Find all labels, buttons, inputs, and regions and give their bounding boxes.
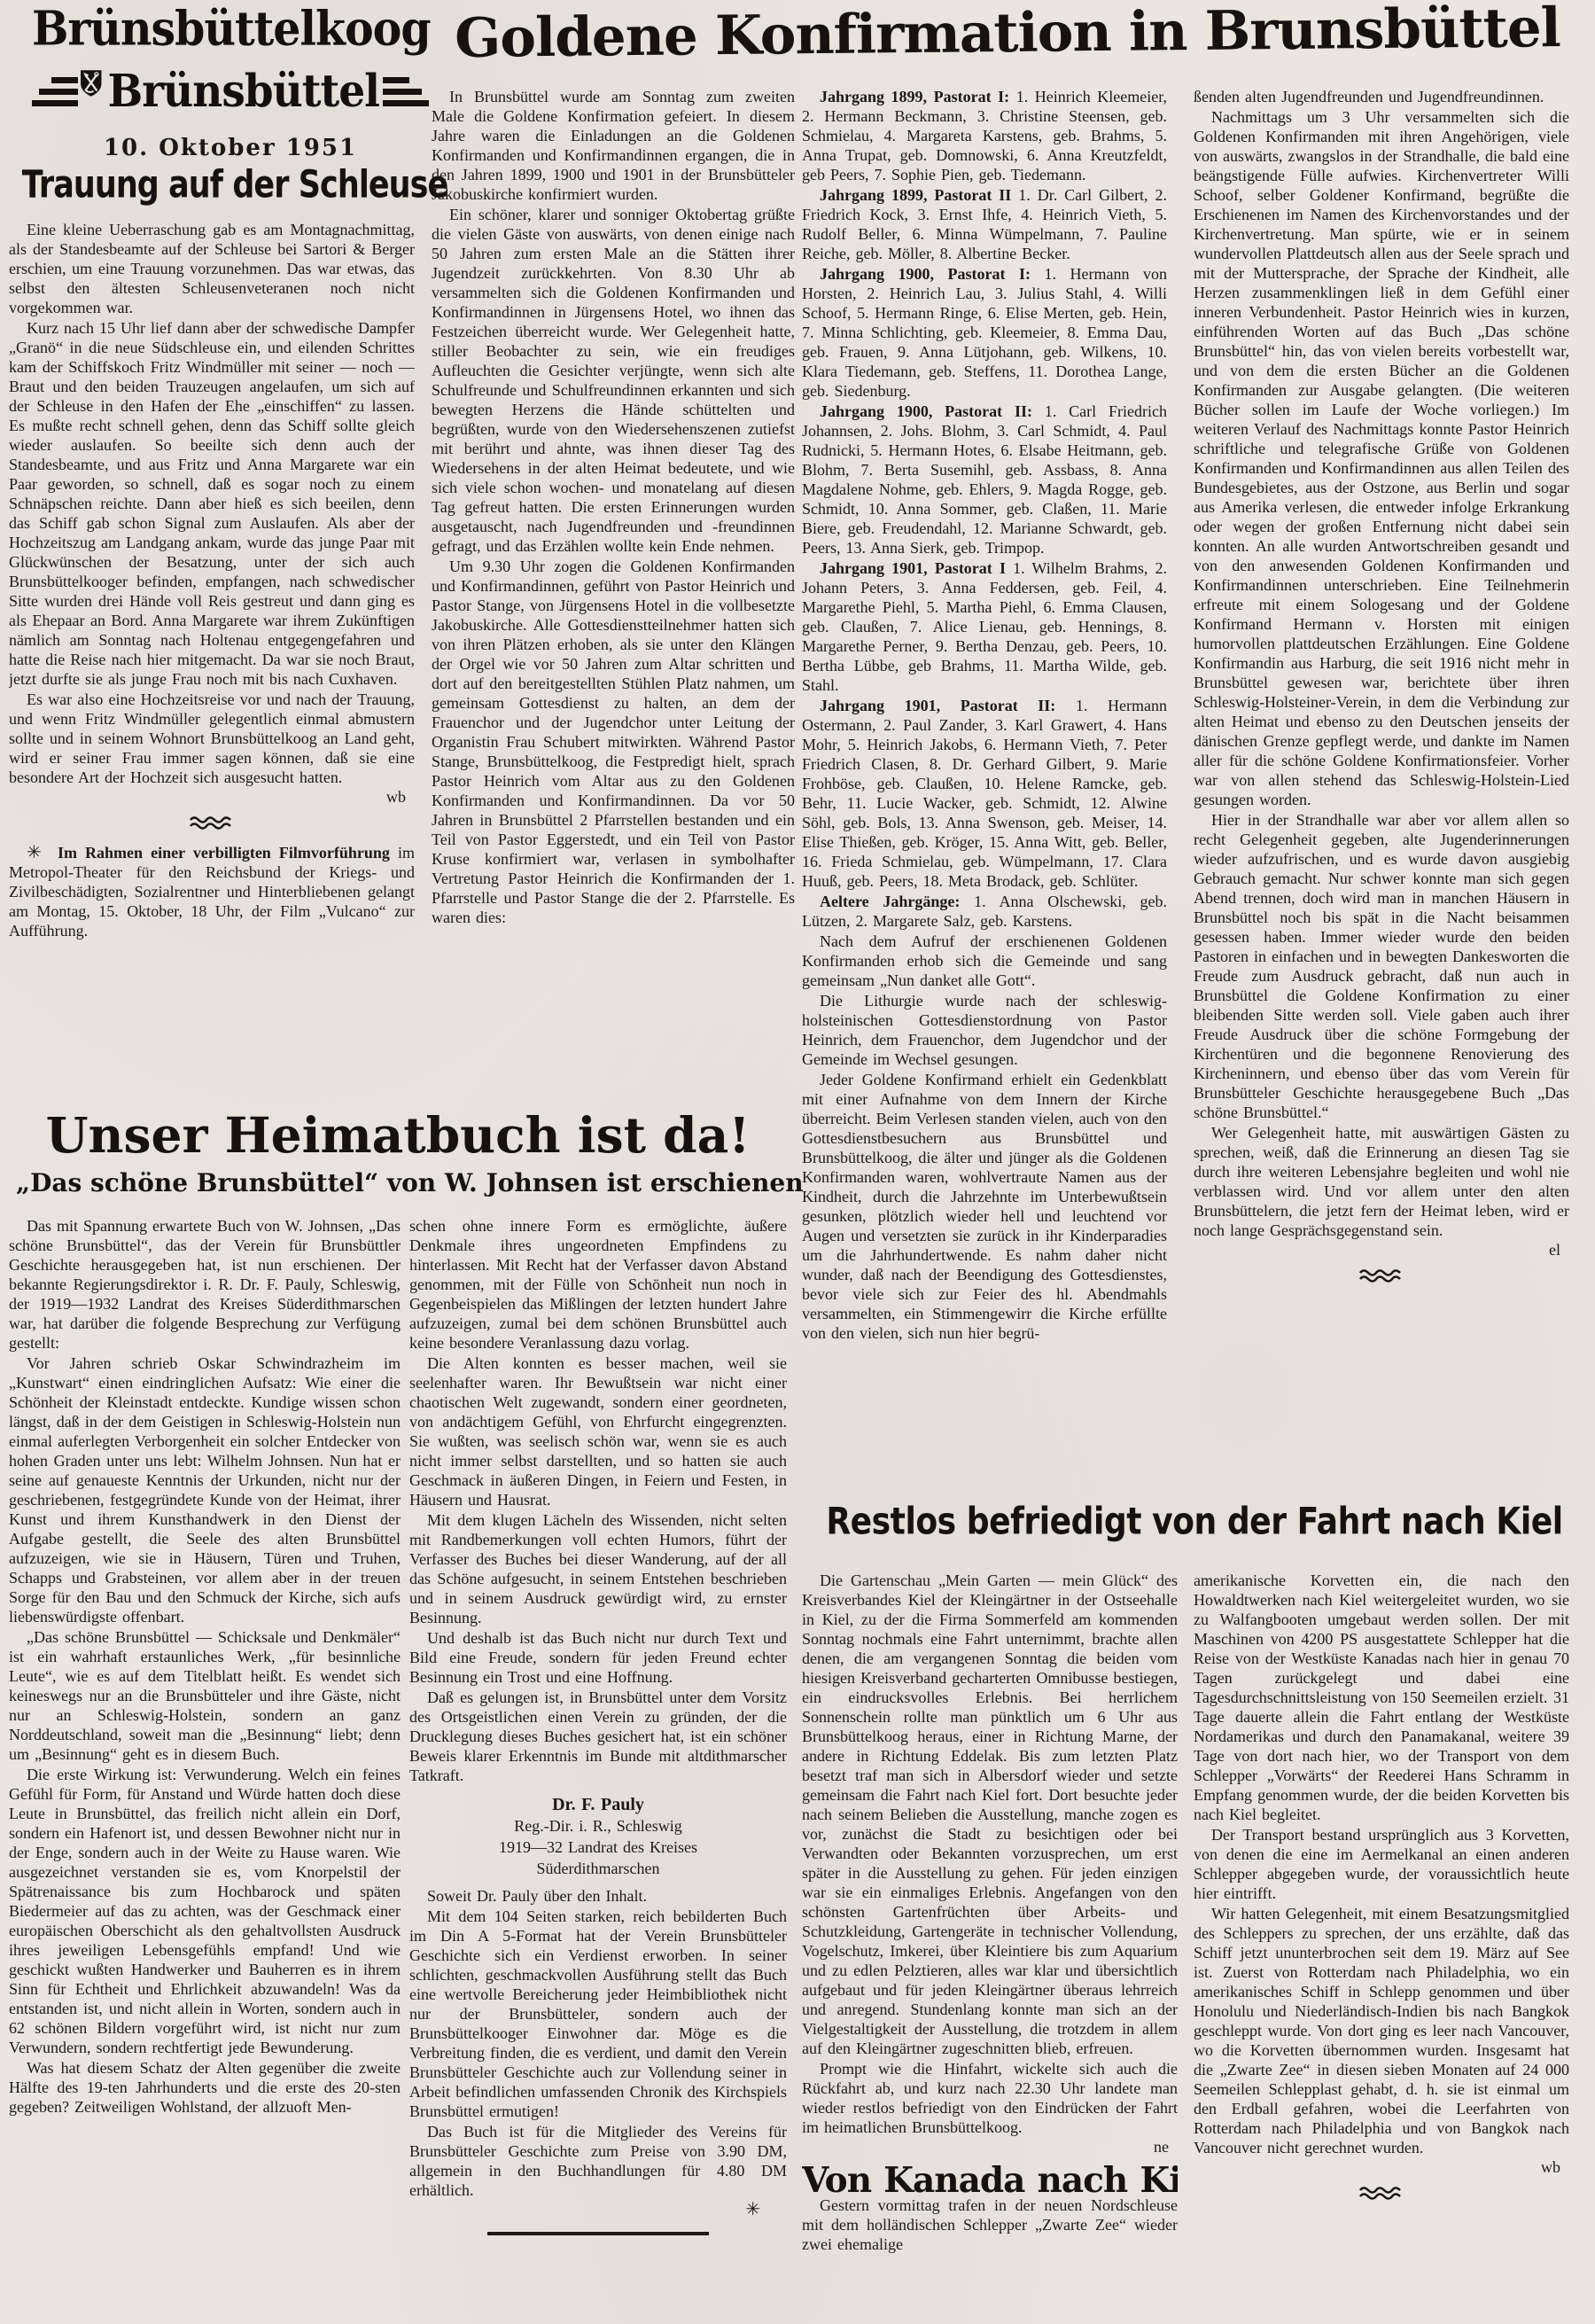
paragraph: Die Gartenschau „Mein Garten — mein Glüc… [802,1571,1178,2058]
jahrgang-label: Jahrgang 1899, Pastorat II [820,186,1011,204]
paragraph: Soweit Dr. Pauly über den Inhalt. [409,1886,787,1906]
jahrgang-entry: Aeltere Jahrgänge: 1. Anna Olschewski, g… [802,892,1167,931]
paragraph: Jeder Goldene Konfirmand erhielt ein Ged… [802,1070,1167,1343]
wavy-divider-icon [1358,1268,1405,1284]
jahrgang-label: Jahrgang 1901, Pastorat II: [820,697,1055,714]
newspaper-page: Brünsbüttelkoog Brünsbüttel 10. Oktober … [0,0,1595,2324]
paragraph: schen ohne innere Form es ermöglichte, ä… [409,1216,787,1353]
paragraph: Prompt wie die Hinfahrt, wickelte sich a… [802,2059,1178,2137]
paragraph: amerikanische Korvetten ein, die nach de… [1194,1571,1569,1824]
byline: wb [9,787,415,807]
paragraph: Der Transport bestand ursprünglich aus 3… [1194,1825,1569,1903]
heimatbuch-column-1: Das mit Spannung erwartete Buch von W. J… [9,1216,401,2319]
jahrgang-label: Jahrgang 1900, Pastorat II: [820,402,1032,420]
section-separator [1194,1268,1569,1289]
restlos-column-2: amerikanische Korvetten ein, die nach de… [1194,1571,1569,2324]
paragraph: Vor Jahren schrieb Oskar Schwindrazheim … [9,1353,401,1626]
wavy-divider-icon [1358,2186,1405,2202]
paragraph: Das mit Spannung erwartete Buch von W. J… [9,1216,401,1353]
jahrgang-names: 1. Hermann von Horsten, 2. Heinrich Lau,… [802,265,1167,400]
jahrgang-label: Aeltere Jahrgänge: [820,893,960,910]
headline-kanada: Von Kanada nach Kiel [802,2171,1178,2190]
section-separator [1194,2186,1569,2206]
paragraph: Daß es gelungen ist, in Brunsbüttel unte… [409,1688,787,1785]
paragraph: ßenden alten Jugendfreunden und Jugendfr… [1194,87,1569,106]
headline-trauung: Trauung auf der Schleuse [22,162,405,206]
jahrgang-entry: Jahrgang 1901, Pastorat I 1. Wilhelm Bra… [802,558,1167,695]
paragraph: Eine kleine Ueberraschung gab es am Mont… [9,220,415,317]
masthead-title-line1: Brünsbüttelkoog [32,2,429,55]
konfirmation-column-3: ßenden alten Jugendfreunden und Jugendfr… [1194,87,1569,1496]
section-separator [9,815,415,836]
end-star-icon: ✳ [409,2200,787,2219]
paragraph: In Brunsbüttel wurde am Sonntag zum zwei… [432,87,795,204]
jahrgang-entry: Jahrgang 1900, Pastorat II: 1. Carl Frie… [802,402,1167,558]
paragraph: Mit dem 104 Seiten starken, reich bebild… [409,1907,787,2121]
paragraph: „Das schöne Brunsbüttel — Schicksale und… [9,1627,401,1764]
signature-name: Dr. F. Pauly [409,1794,787,1815]
heimatbuch-column-2: schen ohne innere Form es ermöglichte, ä… [409,1216,787,2319]
article-trauung: Eine kleine Ueberraschung gab es am Mont… [9,220,415,1097]
jahrgang-entry: Jahrgang 1899, Pastorat II 1. Dr. Carl G… [802,185,1167,263]
masthead-title-line2: Brünsbüttel [104,65,383,117]
masthead-stripes-left-icon [32,65,78,118]
byline: wb [1194,2157,1569,2177]
paragraph: Gestern vormittag trafen in der neuen No… [802,2195,1178,2254]
restlos-column-1: Die Gartenschau „Mein Garten — mein Glüc… [802,1571,1178,2324]
paragraph: Kurz nach 15 Uhr lief dann aber der schw… [9,318,415,689]
paragraph: Wir hatten Gelegenheit, mit einem Besatz… [1194,1904,1569,2157]
masthead-stripes-right-icon [383,65,429,118]
signature-line: Reg.-Dir. i. R., Schleswig [409,1815,787,1837]
asterisk-icon: ✳ [27,843,42,862]
masthead: Brünsbüttelkoog Brünsbüttel 10. Oktober … [32,4,429,181]
jahrgang-entry: Jahrgang 1900, Pastorat I: 1. Hermann vo… [802,264,1167,401]
byline: ne [802,2137,1178,2156]
paragraph: Um 9.30 Uhr zogen die Goldenen Konfirman… [432,557,795,927]
jahrgang-label: Jahrgang 1900, Pastorat I: [820,265,1031,283]
headline-restlos: Restlos befriedigt von der Fahrt nach Ki… [817,1500,1571,1542]
headline-heimatbuch: Unser Heimatbuch ist da! [16,1106,780,1164]
paragraph: Nachmittags um 3 Uhr versammelten sich d… [1194,107,1569,809]
paragraph: Es war also eine Hochzeitsreise vor und … [9,690,415,787]
jahrgang-entry: Jahrgang 1901, Pastorat II: 1. Hermann O… [802,696,1167,891]
paragraph: Das Buch ist für die Mitglieder des Vere… [409,2122,787,2200]
jahrgang-label: Jahrgang 1899, Pastorat I: [820,88,1009,105]
film-notice-lead: Im Rahmen einer verbilligten Filmvorführ… [58,844,390,862]
wavy-divider-icon [188,815,236,831]
konfirmation-column-2: Jahrgang 1899, Pastorat I: 1. Heinrich K… [802,87,1167,1492]
paragraph: Die erste Wirkung ist: Verwunderung. Wel… [9,1765,401,2057]
jahrgang-label: Jahrgang 1901, Pastorat I [820,559,1006,577]
signature-line: Süderdithmarschen [409,1858,787,1879]
end-rule [487,2232,709,2235]
paragraph: Die Lithurgie wurde nach der schleswig-h… [802,991,1167,1069]
jahrgang-names: 1. Hermann Ostermann, 2. Paul Zander, 3.… [802,697,1167,890]
jahrgang-entry: Jahrgang 1899, Pastorat I: 1. Heinrich K… [802,87,1167,184]
byline: el [1194,1240,1569,1259]
subheadline-heimatbuch: „Das schöne Brunsbüttel“ von W. Johnsen … [16,1168,780,1197]
review-signature: Dr. F. Pauly Reg.-Dir. i. R., Schleswig … [409,1794,787,1879]
headline-goldene-konfirmation: Goldene Konfirmation in Brunsbüttel [424,0,1592,70]
paragraph: Was hat diesem Schatz der Alten gegenübe… [9,2058,401,2117]
jahrgang-names: 1. Carl Friedrich Johannsen, 2. Johs. Bl… [802,402,1167,557]
paragraph: Die Alten konnten es besser machen, weil… [409,1353,787,1509]
signature-line: 1919—32 Landrat des Kreises [409,1837,787,1858]
paragraph: Und deshalb ist das Buch nicht nur durch… [409,1628,787,1687]
paragraph: Wer Gelegenheit hatte, mit auswärtigen G… [1194,1123,1569,1240]
konfirmation-column-1: In Brunsbüttel wurde am Sonntag zum zwei… [432,87,795,1102]
jahrgang-names: 1. Wilhelm Brahms, 2. Johann Peters, 3. … [802,559,1167,694]
paragraph: Ein schöner, klarer und sonniger Oktober… [432,205,795,556]
film-notice: ✳ Im Rahmen einer verbilligten Filmvorfü… [9,843,415,940]
issue-date: 10. Oktober 1951 [32,135,429,161]
paragraph: Mit dem klugen Lächeln des Wissenden, ni… [409,1510,787,1627]
paragraph: Hier in der Strandhalle war aber vor all… [1194,810,1569,1122]
paragraph: Nach dem Aufruf der erschienenen Goldene… [802,932,1167,990]
